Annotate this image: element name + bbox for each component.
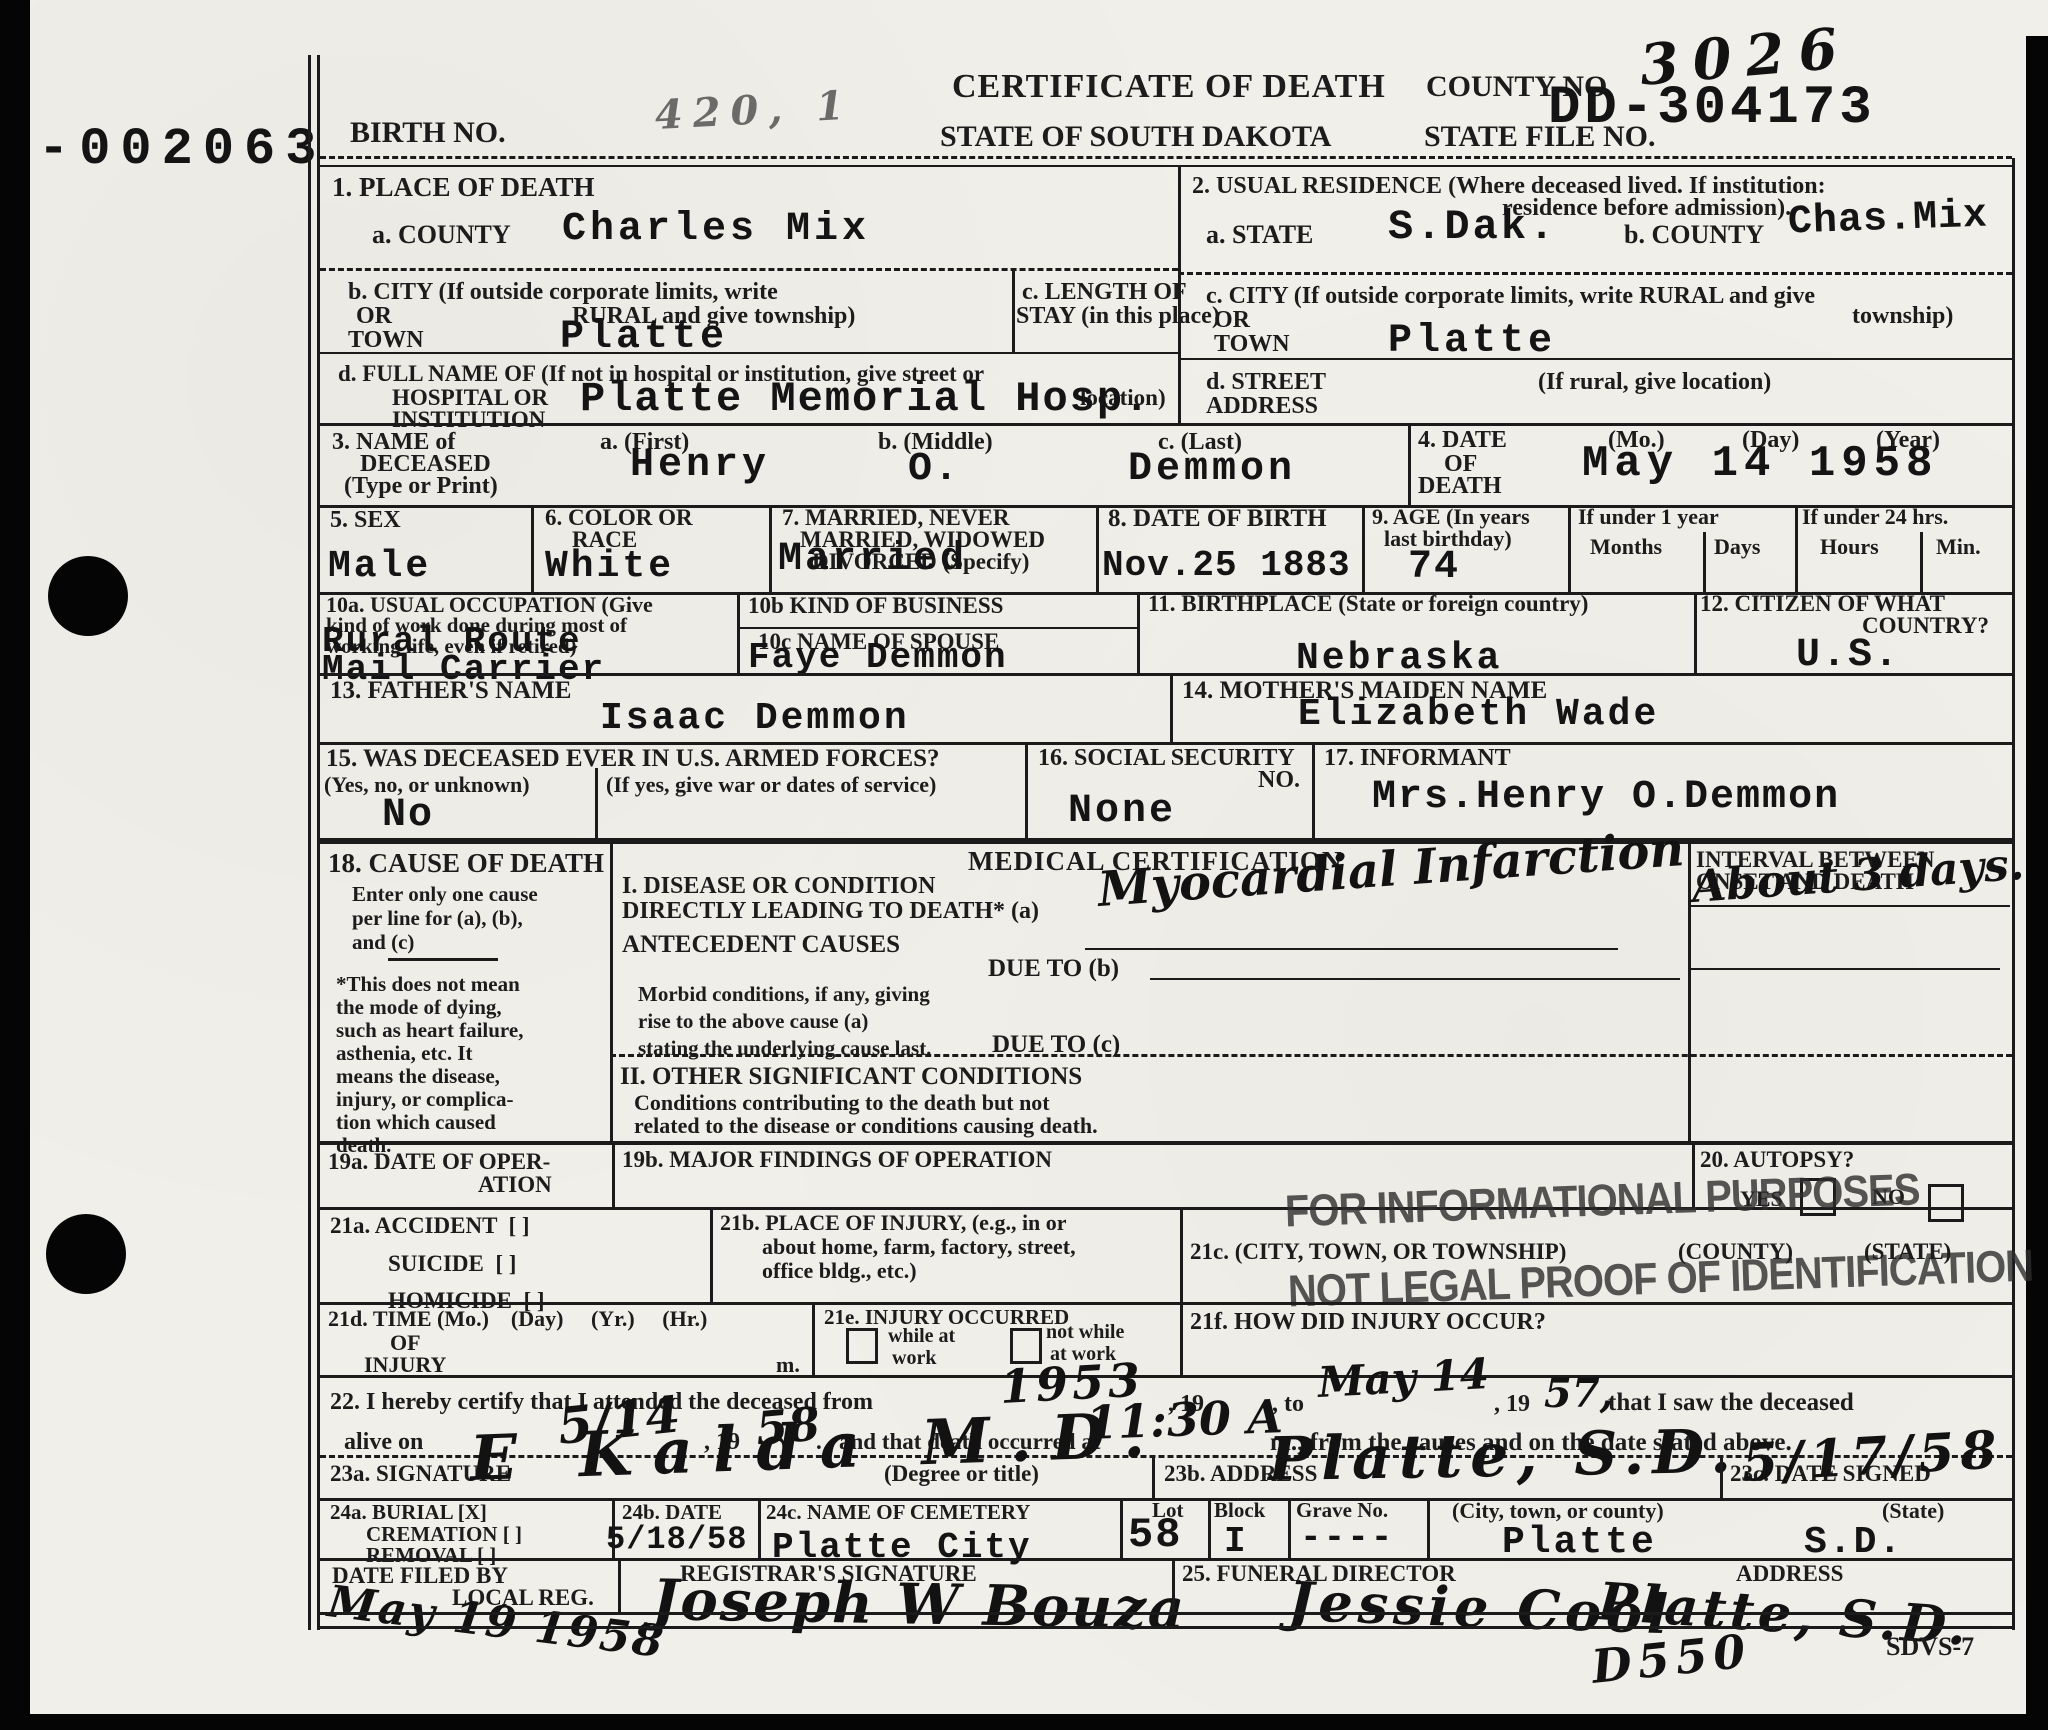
med-antecedent-label: ANTECEDENT CAUSES: [622, 932, 900, 958]
grave-no-value: ----: [1300, 1520, 1394, 1556]
field-19a-label-2: ATION: [478, 1173, 552, 1196]
divider-10b-11: [1137, 592, 1140, 673]
field-16-ssn-value: None: [1068, 792, 1176, 832]
certify-text-4: , 19: [1494, 1392, 1530, 1416]
field-21c-city-label: 21c. (CITY, TOWN, OR TOWNSHIP): [1190, 1240, 1566, 1263]
field-17-informant-label: 17. INFORMANT: [1324, 746, 1511, 770]
punch-hole-top: [48, 556, 128, 636]
field-1b-city-label-2: OR: [356, 304, 392, 328]
divider-9-under1: [1568, 505, 1571, 592]
handwritten-footer-note: D550: [1590, 1627, 1754, 1689]
under24-label: If under 24 hrs.: [1802, 506, 1948, 528]
field-18-note2-2: the mode of dying,: [336, 997, 502, 1018]
med-other-text-2: related to the disease or conditions cau…: [634, 1115, 1098, 1137]
field-19b-label: 19b. MAJOR FINDINGS OF OPERATION: [622, 1148, 1052, 1171]
med-morbid-2: rise to the above cause (a): [638, 1011, 868, 1032]
certify-to-value: May 14: [1317, 1353, 1490, 1404]
divider-under1-under24: [1795, 505, 1798, 592]
rule-2c: [1178, 358, 2012, 360]
field-2d-street-label-1: d. STREET: [1206, 370, 1326, 394]
cemetery-state-label: (State): [1882, 1500, 1944, 1522]
divider-21d-21e: [812, 1305, 815, 1375]
physician-address-value: Platte, S.D.: [1267, 1422, 1739, 1490]
field-2d-street-label-2: ADDRESS: [1206, 394, 1318, 418]
margin-doc-number: -002063: [38, 124, 326, 176]
divider-3-4: [1408, 423, 1411, 505]
divider-24b-24c: [758, 1498, 761, 1558]
field-12-citizen-value: U.S.: [1796, 636, 1900, 676]
field-18-note2-5: means the disease,: [336, 1066, 500, 1087]
divider-18-med: [610, 844, 613, 1143]
field-6-color-value: White: [545, 548, 674, 586]
field-2c-city-label-1: c. CITY (If outside corporate limits, wr…: [1206, 284, 1815, 308]
field-21f-label: 21f. HOW DID INJURY OCCUR?: [1190, 1310, 1546, 1334]
field-24b-date-value: 5/18/58: [606, 1524, 747, 1556]
block-value: I: [1224, 1524, 1248, 1560]
field-19a-label-1: 19a. DATE OF OPER-: [328, 1150, 550, 1173]
birth-no-value: 420, 1: [654, 86, 855, 136]
rule-rowJ-bottom: [320, 1375, 2012, 1378]
header-rule: [320, 165, 2012, 167]
field-8-birthdate-value: Nov.25 1883: [1102, 548, 1351, 584]
scan-edge-right: [2026, 36, 2048, 1730]
field-21d-label-3: INJURY: [364, 1354, 446, 1376]
divider-block-grave: [1288, 1498, 1291, 1558]
divider-months-days: [1703, 532, 1706, 592]
field-2a-state-value: S.Dak.: [1388, 206, 1557, 248]
divider-21a-21b: [710, 1210, 713, 1302]
field-21d-label-1: 21d. TIME (Mo.) (Day) (Yr.) (Hr.): [328, 1308, 707, 1330]
med-disease-label-2: DIRECTLY LEADING TO DEATH* (a): [622, 899, 1039, 923]
field-18-note2-7: tion which caused: [336, 1112, 496, 1133]
divider-6-7: [769, 505, 772, 592]
divider-med-interval: [1688, 844, 1691, 1143]
field-18-note2-6: injury, or complica-: [336, 1089, 514, 1110]
field-3a-first-value: Henry: [630, 446, 770, 486]
field-1a-county-label: a. COUNTY: [372, 222, 511, 249]
field-2c-city-label-3: township): [1852, 304, 1953, 328]
field-5-sex-value: Male: [328, 548, 431, 586]
divider-hours-min: [1920, 532, 1923, 592]
injury-at-work-label-2: work: [892, 1348, 936, 1368]
field-21d-m-label: m.: [776, 1354, 800, 1376]
field-1c-stay-label-1: c. LENGTH OF: [1022, 280, 1187, 304]
informational-stamp-line-1: FOR INFORMATIONAL PURPOSES: [1284, 1167, 1920, 1234]
divider-11-12: [1694, 592, 1697, 673]
scan-edge-left: [0, 0, 30, 1730]
certificate-title: CERTIFICATE OF DEATH: [952, 70, 1386, 105]
certify-text-6: alive on: [344, 1430, 423, 1454]
under1-days-label: Days: [1714, 536, 1760, 558]
rule-1b: [320, 352, 1178, 354]
field-18-note2-3: such as heart failure,: [336, 1020, 523, 1041]
punch-hole-bottom: [46, 1214, 126, 1294]
form-bottom-rule-1: [320, 1612, 2012, 1615]
field-3b-middle-value: O.: [908, 450, 960, 490]
field-15-sub2: (If yes, give war or dates of service): [606, 774, 936, 796]
death-certificate-scan: -002063 CERTIFICATE OF DEATH COUNTY NO 3…: [0, 0, 2048, 1730]
divider-13-14: [1170, 673, 1173, 742]
field-2b-county-value: Chas.Mix: [1787, 197, 1988, 244]
field-1b-city-label-1: b. CITY (If outside corporate limits, wr…: [348, 280, 778, 304]
field-18-note1-2: per line for (a), (b),: [352, 908, 523, 929]
field-4-title-1: 4. DATE: [1418, 428, 1507, 452]
birth-no-label: BIRTH NO.: [350, 118, 506, 149]
scan-edge-bottom: [0, 1714, 2048, 1730]
rule-rowA-bottom: [320, 423, 2012, 426]
divider-filed-registrar: [618, 1558, 621, 1614]
rule-1a: [320, 268, 1178, 271]
field-4-title-3: DEATH: [1418, 474, 1502, 498]
autopsy-no-checkbox: [1928, 1184, 1964, 1222]
field-14-mother-value: Elizabeth Wade: [1298, 696, 1659, 734]
field-21a-accident-label: 21a. ACCIDENT [ ]: [330, 1214, 530, 1237]
field-11-birthplace-label: 11. BIRTHPLACE (State or foreign country…: [1148, 592, 1588, 615]
field-21c-state-label: (STATE): [1864, 1240, 1951, 1263]
field-18-note2-1: *This does not mean: [336, 974, 520, 995]
field-7-married-value: Married: [778, 540, 967, 580]
field-1a-county-value: Charles Mix: [562, 210, 870, 250]
field-16-ssn-label-2: NO.: [1258, 768, 1300, 792]
field-24c-cemetery-label: 24c. NAME OF CEMETERY: [766, 1502, 1030, 1523]
field-1c-stay-label-2: STAY (in this place): [1016, 304, 1220, 328]
med-line-c: [610, 1054, 2012, 1057]
med-disease-label-1: I. DISEASE OR CONDITION: [622, 874, 935, 898]
field-24a-burial-label: 24a. BURIAL [X]: [330, 1502, 487, 1523]
field-9-age-value: 74: [1408, 548, 1460, 588]
field-1-title: 1. PLACE OF DEATH: [332, 174, 595, 202]
field-21b-label-1: 21b. PLACE OF INJURY, (e.g., in or: [720, 1212, 1067, 1234]
divider-19a-19b: [612, 1145, 615, 1207]
med-other-text-1: Conditions contributing to the death but…: [634, 1092, 1050, 1114]
field-18-note1-1: Enter only one cause: [352, 884, 538, 905]
field-4-value: May 14 1958: [1582, 442, 1938, 486]
form-number: SDVS-7: [1886, 1634, 1974, 1661]
field-1d-hosp-label-3: INSTITUTION: [392, 408, 545, 431]
under1-months-label: Months: [1590, 536, 1662, 558]
field-2a-state-label: a. STATE: [1206, 222, 1313, 249]
med-morbid-1: Morbid conditions, if any, giving: [638, 984, 930, 1005]
state-file-value-stamp: DD-304173: [1548, 82, 1876, 136]
divider-23b-23c: [1720, 1458, 1723, 1498]
divider-5-6: [531, 505, 534, 592]
field-16-ssn-label-1: 16. SOCIAL SECURITY: [1038, 746, 1295, 770]
cemetery-state-value: S.D.: [1804, 1524, 1903, 1562]
form-border-left-outer: [308, 55, 311, 1630]
divider-10a-10b: [737, 592, 740, 673]
field-7-married-label-1: 7. MARRIED, NEVER: [782, 506, 1009, 529]
lot-value: 58: [1128, 1514, 1182, 1556]
interval-line-2: [1690, 968, 2000, 970]
field-3c-last-value: Demmon: [1128, 450, 1296, 490]
under24-hours-label: Hours: [1820, 536, 1879, 558]
field-1d-hosp-value: Platte Memorial Hosp.: [580, 378, 1151, 420]
rule-medical-top-heavy: [320, 838, 2012, 844]
med-other-title: II. OTHER SIGNIFICANT CONDITIONS: [620, 1064, 1082, 1090]
injury-at-work-checkbox: [846, 1328, 878, 1364]
cemetery-city-label: (City, town, or county): [1452, 1500, 1664, 1522]
field-21c-county-label: (COUNTY): [1678, 1240, 1793, 1263]
field-10c-value: Faye Demmon: [748, 640, 1008, 676]
state-title: STATE OF SOUTH DAKOTA: [940, 122, 1331, 153]
form-bottom-rule-2: [320, 1626, 2012, 1629]
divider-8-9: [1362, 505, 1365, 592]
field-21a-suicide-label: SUICIDE [ ]: [388, 1252, 516, 1275]
field-18-title: 18. CAUSE OF DEATH: [328, 850, 604, 878]
field-12-citizen-label-1: 12. CITIZEN OF WHAT: [1700, 592, 1945, 615]
field-2c-city-label-4: TOWN: [1214, 332, 1290, 356]
field-21b-label-3: office bldg., etc.): [762, 1260, 917, 1282]
form-border-right: [2012, 158, 2015, 1630]
under24-min-label: Min.: [1936, 536, 1981, 558]
divider-23a-23b: [1152, 1458, 1155, 1498]
field-2b-county-label: b. COUNTY: [1624, 222, 1764, 249]
field-18-note1-3: and (c): [352, 932, 414, 953]
rule-rowD-bottom: [320, 673, 2012, 676]
med-line-b: [1150, 978, 1680, 980]
field-15-forces-label: 15. WAS DECEASED EVER IN U.S. ARMED FORC…: [326, 746, 940, 772]
field-2d-street-hint: (If rural, give location): [1538, 370, 1771, 394]
block-label: Block: [1214, 1500, 1265, 1521]
under1-label: If under 1 year: [1578, 506, 1719, 528]
divider-grave-city: [1427, 1498, 1430, 1558]
certify-to-year-value: 57,: [1544, 1374, 1614, 1414]
field-10b-label: 10b KIND OF BUSINESS: [748, 594, 1003, 617]
rule-2a: [1178, 272, 2012, 275]
field-18-divider-squiggle: [388, 958, 498, 961]
injury-at-work-label-1: while at: [888, 1326, 955, 1346]
field-21b-label-2: about home, farm, factory, street,: [762, 1236, 1076, 1258]
med-due-b-label: DUE TO (b): [988, 956, 1119, 982]
divider-24c-lot: [1120, 1498, 1123, 1558]
divider-lot-block: [1208, 1498, 1211, 1558]
field-6-color-label-1: 6. COLOR OR: [545, 506, 693, 529]
med-line-a: [1085, 948, 1618, 950]
field-2c-city-value: Platte: [1388, 322, 1556, 362]
field-17-informant-value: Mrs.Henry O.Demmon: [1372, 778, 1840, 818]
date-signed-value: 5/17/58: [1741, 1424, 2004, 1490]
field-2c-city-label-2: OR: [1214, 308, 1250, 332]
divider-21e-21f: [1180, 1305, 1183, 1375]
interval-line-1: [1690, 905, 2010, 907]
divider-16-17: [1312, 742, 1315, 838]
certify-text-5: that I saw the deceased: [1608, 1390, 1854, 1416]
field-15-value: No: [382, 796, 434, 836]
rule-rowI-bottom: [320, 1302, 2012, 1305]
rule-medical-bottom: [320, 1141, 2012, 1145]
divider-7-8: [1096, 505, 1099, 592]
divider-1b-1c: [1012, 268, 1015, 352]
field-3-title-3: (Type or Print): [344, 474, 498, 498]
injury-not-at-work-label-1: not while: [1046, 1322, 1124, 1342]
field-1d-hosp-label-2: HOSPITAL OR: [392, 386, 548, 409]
field-5-sex-label: 5. SEX: [330, 508, 401, 532]
header-rule-dashed: [320, 156, 2012, 159]
field-18-note2-4: asthenia, etc. It: [336, 1043, 472, 1064]
field-13-father-value: Isaac Demmon: [600, 700, 910, 738]
divider-registrar-fd: [1172, 1558, 1175, 1614]
cemetery-city-value: Platte: [1502, 1524, 1657, 1562]
field-13-father-label: 13. FATHER'S NAME: [330, 678, 571, 704]
divider-15a-15b: [595, 768, 598, 838]
divider-21b-21c: [1180, 1210, 1183, 1302]
field-8-birthdate-label: 8. DATE OF BIRTH: [1108, 506, 1327, 532]
field-1b-city-label-4: TOWN: [348, 328, 424, 352]
divider-15-16: [1025, 742, 1028, 838]
